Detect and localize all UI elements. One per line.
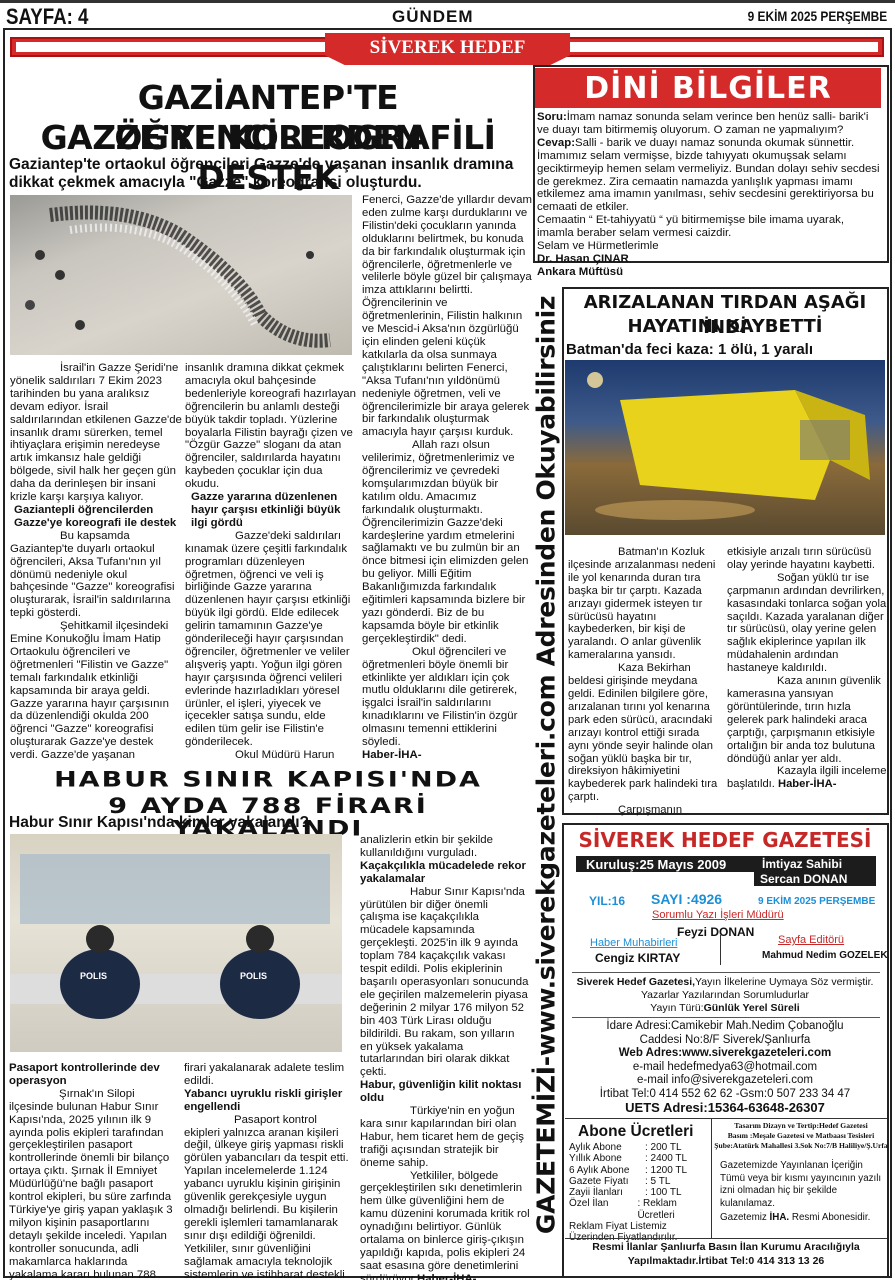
religion-box-text: Soru:İmam namaz sonunda selam verince be…	[537, 111, 883, 279]
svg-text:POLIS: POLIS	[80, 971, 107, 981]
copyright-notice: Gazetemizde Yayınlanan İçeriğin Tümü vey…	[720, 1160, 884, 1225]
article1-column-3: Fenerci, Gazze'de yıllardır devam eden z…	[362, 194, 532, 762]
imprint-contact: İdare Adresi:Camikebir Mah.Nedim Çobanoğ…	[565, 1020, 885, 1115]
article1-column-2: insanlık dramına dikkat çekmek amacıyla …	[185, 362, 357, 762]
subscription-list: Aylık Abone: 200 TL Yıllık Abone: 2400 T…	[569, 1142, 709, 1244]
article3-headline-1: HABUR SINIR KAPISI'NDA	[8, 769, 528, 791]
reporters-label: Haber Muhabirleri	[590, 937, 677, 949]
overturned-truck-image	[565, 360, 885, 535]
imprint-date: 9 EKİM 2025 PERŞEMBE	[758, 896, 875, 907]
article2-photo	[565, 360, 885, 535]
masthead-title: SİVEREK HEDEF GAZETESİ	[325, 33, 570, 65]
page-editor-label: Sayfa Editörü	[778, 934, 844, 946]
print-info: Tasarım Dizayn ve Tertip:Hedef Gazetesi …	[713, 1121, 889, 1151]
editor-name: Feyzi DONAN	[677, 925, 754, 939]
year: YIL:16	[589, 894, 625, 908]
official-ads-notice: Resmi İlanlar Şanlıurfa Basın İlan Kurum…	[565, 1240, 887, 1268]
svg-text:POLIS: POLIS	[240, 971, 267, 981]
police-officers-image: POLIS POLIS	[10, 834, 342, 1052]
reporter-name: Cengiz KIRTAY	[595, 951, 680, 965]
email-1[interactable]: e-mail hedefmedya63@hotmail.com	[565, 1061, 885, 1075]
article3-column-1: Pasaport kontrollerinde dev operasyon Şı…	[9, 1062, 176, 1280]
web-address[interactable]: Web Adres:www.siverekgazeteleri.com	[565, 1047, 885, 1061]
owner-name: Sercan DONAN	[760, 872, 847, 886]
article1-photo	[10, 195, 352, 355]
imprint-title: SİVEREK HEDEF GAZETESİ	[565, 828, 885, 852]
article3-subtitle: Habur Sınır Kapısı'nda kimler yakalandı?	[9, 814, 529, 832]
author-name: Dr. Hasan ÇINAR	[537, 253, 883, 266]
author-title: Ankara Müftüsü	[537, 266, 883, 279]
editor-label: Sorumlu Yazı İşleri Müdürü	[652, 909, 784, 921]
issue-date: 9 EKİM 2025 PERŞEMBE	[747, 8, 887, 24]
religion-box-title: DİNİ BİLGİLER KÖŞESİ	[535, 68, 881, 108]
crowd-choreography-image	[10, 195, 352, 355]
vertical-website-banner: GAZETEMİZİ-www.siverekgazeteleri.com Adr…	[530, 270, 562, 1260]
article3-column-2: firari yakalanarak adalete teslim edildi…	[184, 1062, 349, 1280]
article3-photo: POLIS POLIS	[10, 834, 342, 1052]
email-2[interactable]: e-mail info@siverekgazeteleri.com	[565, 1074, 885, 1088]
article2-headline-2: HAYATINI KAYBETTİ	[565, 314, 885, 339]
article1-column-1: İsrail'in Gazze Şeridi'ne yönelik saldır…	[10, 362, 182, 762]
article2-column-2: etkisiyle arızalı tırın sürücüsü olay ye…	[727, 546, 887, 791]
section-title: GÜNDEM	[392, 7, 474, 27]
imprint-principles: Siverek Hedef Gazetesi,Yayın İlkelerine …	[565, 976, 885, 1015]
article2-subtitle: Batman'da feci kaza: 1 ölü, 1 yaralı	[566, 341, 886, 359]
article3-column-3: analizlerin etkin bir şekilde kullanıldı…	[360, 834, 530, 1280]
page-number: SAYFA: 4	[6, 4, 88, 30]
page-editor-name: Mahmud Nedim GOZELEK	[762, 950, 888, 961]
founded: Kuruluş:25 Mayıs 2009	[586, 857, 726, 872]
issue-number: SAYI :4926	[651, 891, 722, 907]
subscription-title: Abone Ücretleri	[578, 1123, 693, 1141]
article1-subtitle: Gaziantep'te ortaokul öğrencileri Gazze'…	[9, 156, 529, 192]
owner-label: İmtiyaz Sahibi	[762, 857, 842, 871]
article2-column-1: Batman'ın Kozluk ilçesinde arızalanması …	[568, 546, 722, 817]
